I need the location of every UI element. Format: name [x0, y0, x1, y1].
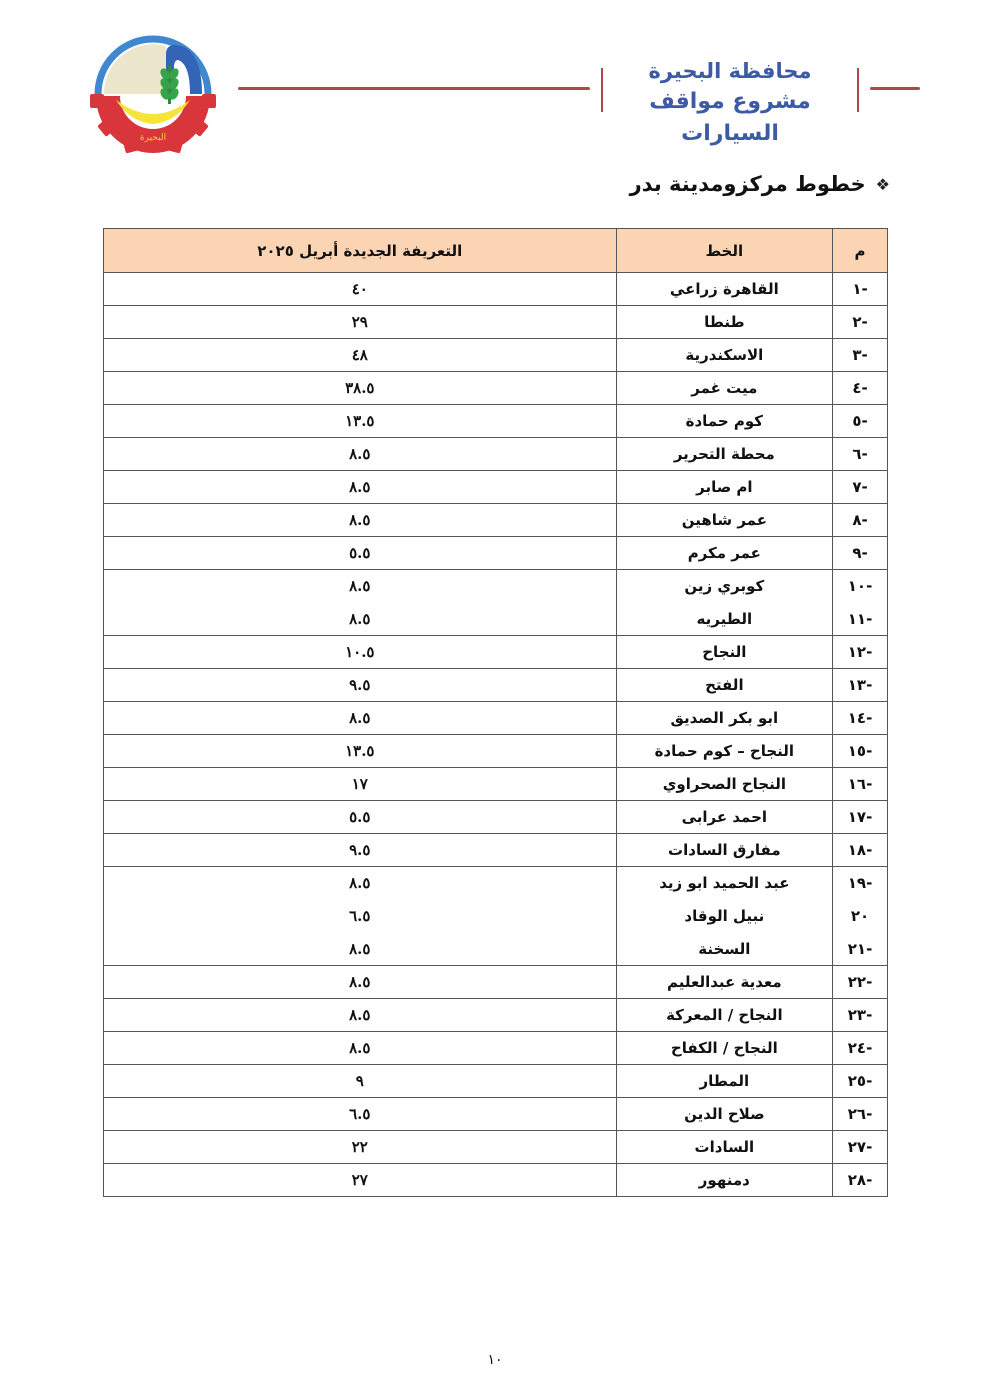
table-row: -٥كوم حمادة١٣.٥ [104, 405, 888, 438]
organization-title: محافظة البحيرة مشروع مواقف السيارات [606, 56, 854, 150]
header-num: م [833, 229, 888, 273]
table-header-row: م الخط التعريفة الجديدة أبريل ٢٠٢٥ [104, 229, 888, 273]
table-row: -٢٤النجاح / الكفاح٨.٥ [104, 1032, 888, 1065]
num-cell: -٢ [833, 306, 888, 339]
fare-cell: ٨.٥ [104, 999, 617, 1032]
header-rule-right [870, 87, 920, 90]
beheira-emblem-icon: البحيرة [86, 24, 220, 158]
line-cell: النجاح – كوم حمادة [616, 735, 833, 768]
line-cell: محطة التحرير [616, 438, 833, 471]
fare-table: م الخط التعريفة الجديدة أبريل ٢٠٢٥ -١الق… [103, 228, 888, 1197]
num-cell: -١٧ [833, 801, 888, 834]
fare-value: ٨.٥ [104, 603, 616, 636]
header-rule-left [238, 87, 590, 90]
num-cell: -٢٨ [833, 1164, 888, 1197]
num-cell: -٩ [833, 537, 888, 570]
fare-cell: ٨.٥ [104, 471, 617, 504]
line-cell: كوبري زينالطيريه [616, 570, 833, 636]
num-cell: -٢٥ [833, 1065, 888, 1098]
num-cell: -١ [833, 273, 888, 306]
fare-cell: ٢٩ [104, 306, 617, 339]
fare-cell: ٩.٥ [104, 834, 617, 867]
num-value: -١٩ [833, 867, 887, 900]
line-cell: ميت غمر [616, 372, 833, 405]
table-row: -٢٧السادات٢٢ [104, 1131, 888, 1164]
line-cell: كوم حمادة [616, 405, 833, 438]
line-value: الطيريه [617, 603, 833, 636]
fare-cell: ٨.٥٨.٥ [104, 570, 617, 636]
line-cell: النجاح [616, 636, 833, 669]
table-row: -١القاهرة زراعي٤٠ [104, 273, 888, 306]
fare-cell: ٢٢ [104, 1131, 617, 1164]
line-cell: عبد الحميد ابو زيدنبيل الوقادالسخنة [616, 867, 833, 966]
line-cell: النجاح / المعركة [616, 999, 833, 1032]
header-fare: التعريفة الجديدة أبريل ٢٠٢٥ [104, 229, 617, 273]
governorate-name: محافظة البحيرة [606, 56, 854, 86]
line-cell: ابو بكر الصديق [616, 702, 833, 735]
line-cell: طنطا [616, 306, 833, 339]
fare-cell: ٤٨ [104, 339, 617, 372]
line-cell: القاهرة زراعي [616, 273, 833, 306]
header-divider-right [857, 68, 859, 112]
fare-value: ٨.٥ [104, 570, 616, 603]
num-cell: -٨ [833, 504, 888, 537]
table-row: -١٣الفتح٩.٥ [104, 669, 888, 702]
num-value: -١١ [833, 603, 887, 636]
num-cell: -٧ [833, 471, 888, 504]
table-row: -١٠-١١كوبري زينالطيريه٨.٥٨.٥ [104, 570, 888, 636]
line-cell: عمر مكرم [616, 537, 833, 570]
num-cell: -١٥ [833, 735, 888, 768]
num-cell: -٤ [833, 372, 888, 405]
num-cell: -١٢ [833, 636, 888, 669]
line-cell: ام صابر [616, 471, 833, 504]
table-row: -٨عمر شاهين٨.٥ [104, 504, 888, 537]
page-number: ١٠ [0, 1352, 990, 1368]
line-cell: النجاح / الكفاح [616, 1032, 833, 1065]
line-cell: الفتح [616, 669, 833, 702]
header-line: الخط [616, 229, 833, 273]
line-cell: مفارق السادات [616, 834, 833, 867]
fare-cell: ٢٧ [104, 1164, 617, 1197]
num-cell: -٢٢ [833, 966, 888, 999]
svg-text:البحيرة: البحيرة [140, 133, 166, 143]
fare-cell: ١٣.٥ [104, 405, 617, 438]
line-value: عبد الحميد ابو زيد [617, 867, 833, 900]
num-cell: -١٤ [833, 702, 888, 735]
line-cell: صلاح الدين [616, 1098, 833, 1131]
fare-cell: ١٣.٥ [104, 735, 617, 768]
num-cell: -٦ [833, 438, 888, 471]
num-cell: -٥ [833, 405, 888, 438]
fare-cell: ٣٨.٥ [104, 372, 617, 405]
fare-cell: ٥.٥ [104, 801, 617, 834]
document-page: البحيرة محافظة البحيرة مشروع مواقف السيا… [0, 0, 990, 1400]
table-row: -١٦النجاح الصحراوي١٧ [104, 768, 888, 801]
line-cell: الاسكندرية [616, 339, 833, 372]
fare-value: ٦.٥ [104, 900, 616, 933]
table-row: -٢طنطا٢٩ [104, 306, 888, 339]
governorate-logo: البحيرة [86, 24, 220, 158]
table-row: -١٨مفارق السادات٩.٥ [104, 834, 888, 867]
num-cell: -٢٣ [833, 999, 888, 1032]
line-cell: عمر شاهين [616, 504, 833, 537]
line-cell: دمنهور [616, 1164, 833, 1197]
fare-cell: ٦.٥ [104, 1098, 617, 1131]
line-cell: المطار [616, 1065, 833, 1098]
line-cell: السادات [616, 1131, 833, 1164]
table-row: -١٩٢٠-٢١عبد الحميد ابو زيدنبيل الوقادالس… [104, 867, 888, 966]
fare-value: ٨.٥ [104, 867, 616, 900]
num-cell: -١٦ [833, 768, 888, 801]
table-row: -٩عمر مكرم٥.٥ [104, 537, 888, 570]
table-row: -٢٨دمنهور٢٧ [104, 1164, 888, 1197]
header-divider-left [601, 68, 603, 112]
table-body: -١القاهرة زراعي٤٠-٢طنطا٢٩-٣الاسكندرية٤٨-… [104, 273, 888, 1197]
table-row: -٦محطة التحرير٨.٥ [104, 438, 888, 471]
line-value: نبيل الوقاد [617, 900, 833, 933]
num-cell: -١٠-١١ [833, 570, 888, 636]
table-row: -١٧احمد عرابى٥.٥ [104, 801, 888, 834]
fare-cell: ٨.٥ [104, 966, 617, 999]
fare-cell: ١٧ [104, 768, 617, 801]
line-cell: معدية عبدالعليم [616, 966, 833, 999]
num-cell: -١٨ [833, 834, 888, 867]
table-row: -٢٣النجاح / المعركة٨.٥ [104, 999, 888, 1032]
table-row: -١٤ابو بكر الصديق٨.٥ [104, 702, 888, 735]
num-cell: -١٩٢٠-٢١ [833, 867, 888, 966]
fare-cell: ٨.٥ [104, 1032, 617, 1065]
project-name: مشروع مواقف السيارات [606, 86, 854, 150]
num-cell: -٢٧ [833, 1131, 888, 1164]
table-row: -٢٦صلاح الدين٦.٥ [104, 1098, 888, 1131]
fare-cell: ٨.٥ [104, 504, 617, 537]
table-row: -٢٥المطار٩ [104, 1065, 888, 1098]
table-row: -٢٢معدية عبدالعليم٨.٥ [104, 966, 888, 999]
fare-cell: ٨.٥ [104, 702, 617, 735]
num-cell: -١٣ [833, 669, 888, 702]
fare-cell: ١٠.٥ [104, 636, 617, 669]
fare-cell: ٨.٥ [104, 438, 617, 471]
table-row: -٣الاسكندرية٤٨ [104, 339, 888, 372]
table-row: -١٥النجاح – كوم حمادة١٣.٥ [104, 735, 888, 768]
num-cell: -٢٦ [833, 1098, 888, 1131]
num-value: -٢١ [833, 933, 887, 966]
num-cell: -٣ [833, 339, 888, 372]
line-value: كوبري زين [617, 570, 833, 603]
line-cell: النجاح الصحراوي [616, 768, 833, 801]
fare-cell: ٤٠ [104, 273, 617, 306]
num-value: ٢٠ [833, 900, 887, 933]
fare-cell: ٥.٥ [104, 537, 617, 570]
table-row: -١٢النجاح١٠.٥ [104, 636, 888, 669]
fare-cell: ٩ [104, 1065, 617, 1098]
fare-value: ٨.٥ [104, 933, 616, 966]
line-value: السخنة [617, 933, 833, 966]
fare-cell: ٨.٥٦.٥٨.٥ [104, 867, 617, 966]
table-row: -٧ام صابر٨.٥ [104, 471, 888, 504]
table-row: -٤ميت غمر٣٨.٥ [104, 372, 888, 405]
num-cell: -٢٤ [833, 1032, 888, 1065]
section-title: خطوط مركزومدينة بدر [630, 172, 866, 196]
fare-cell: ٩.٥ [104, 669, 617, 702]
section-heading: ❖ خطوط مركزومدينة بدر [630, 172, 890, 196]
line-cell: احمد عرابى [616, 801, 833, 834]
diamond-bullet-icon: ❖ [876, 175, 890, 194]
num-value: -١٠ [833, 570, 887, 603]
